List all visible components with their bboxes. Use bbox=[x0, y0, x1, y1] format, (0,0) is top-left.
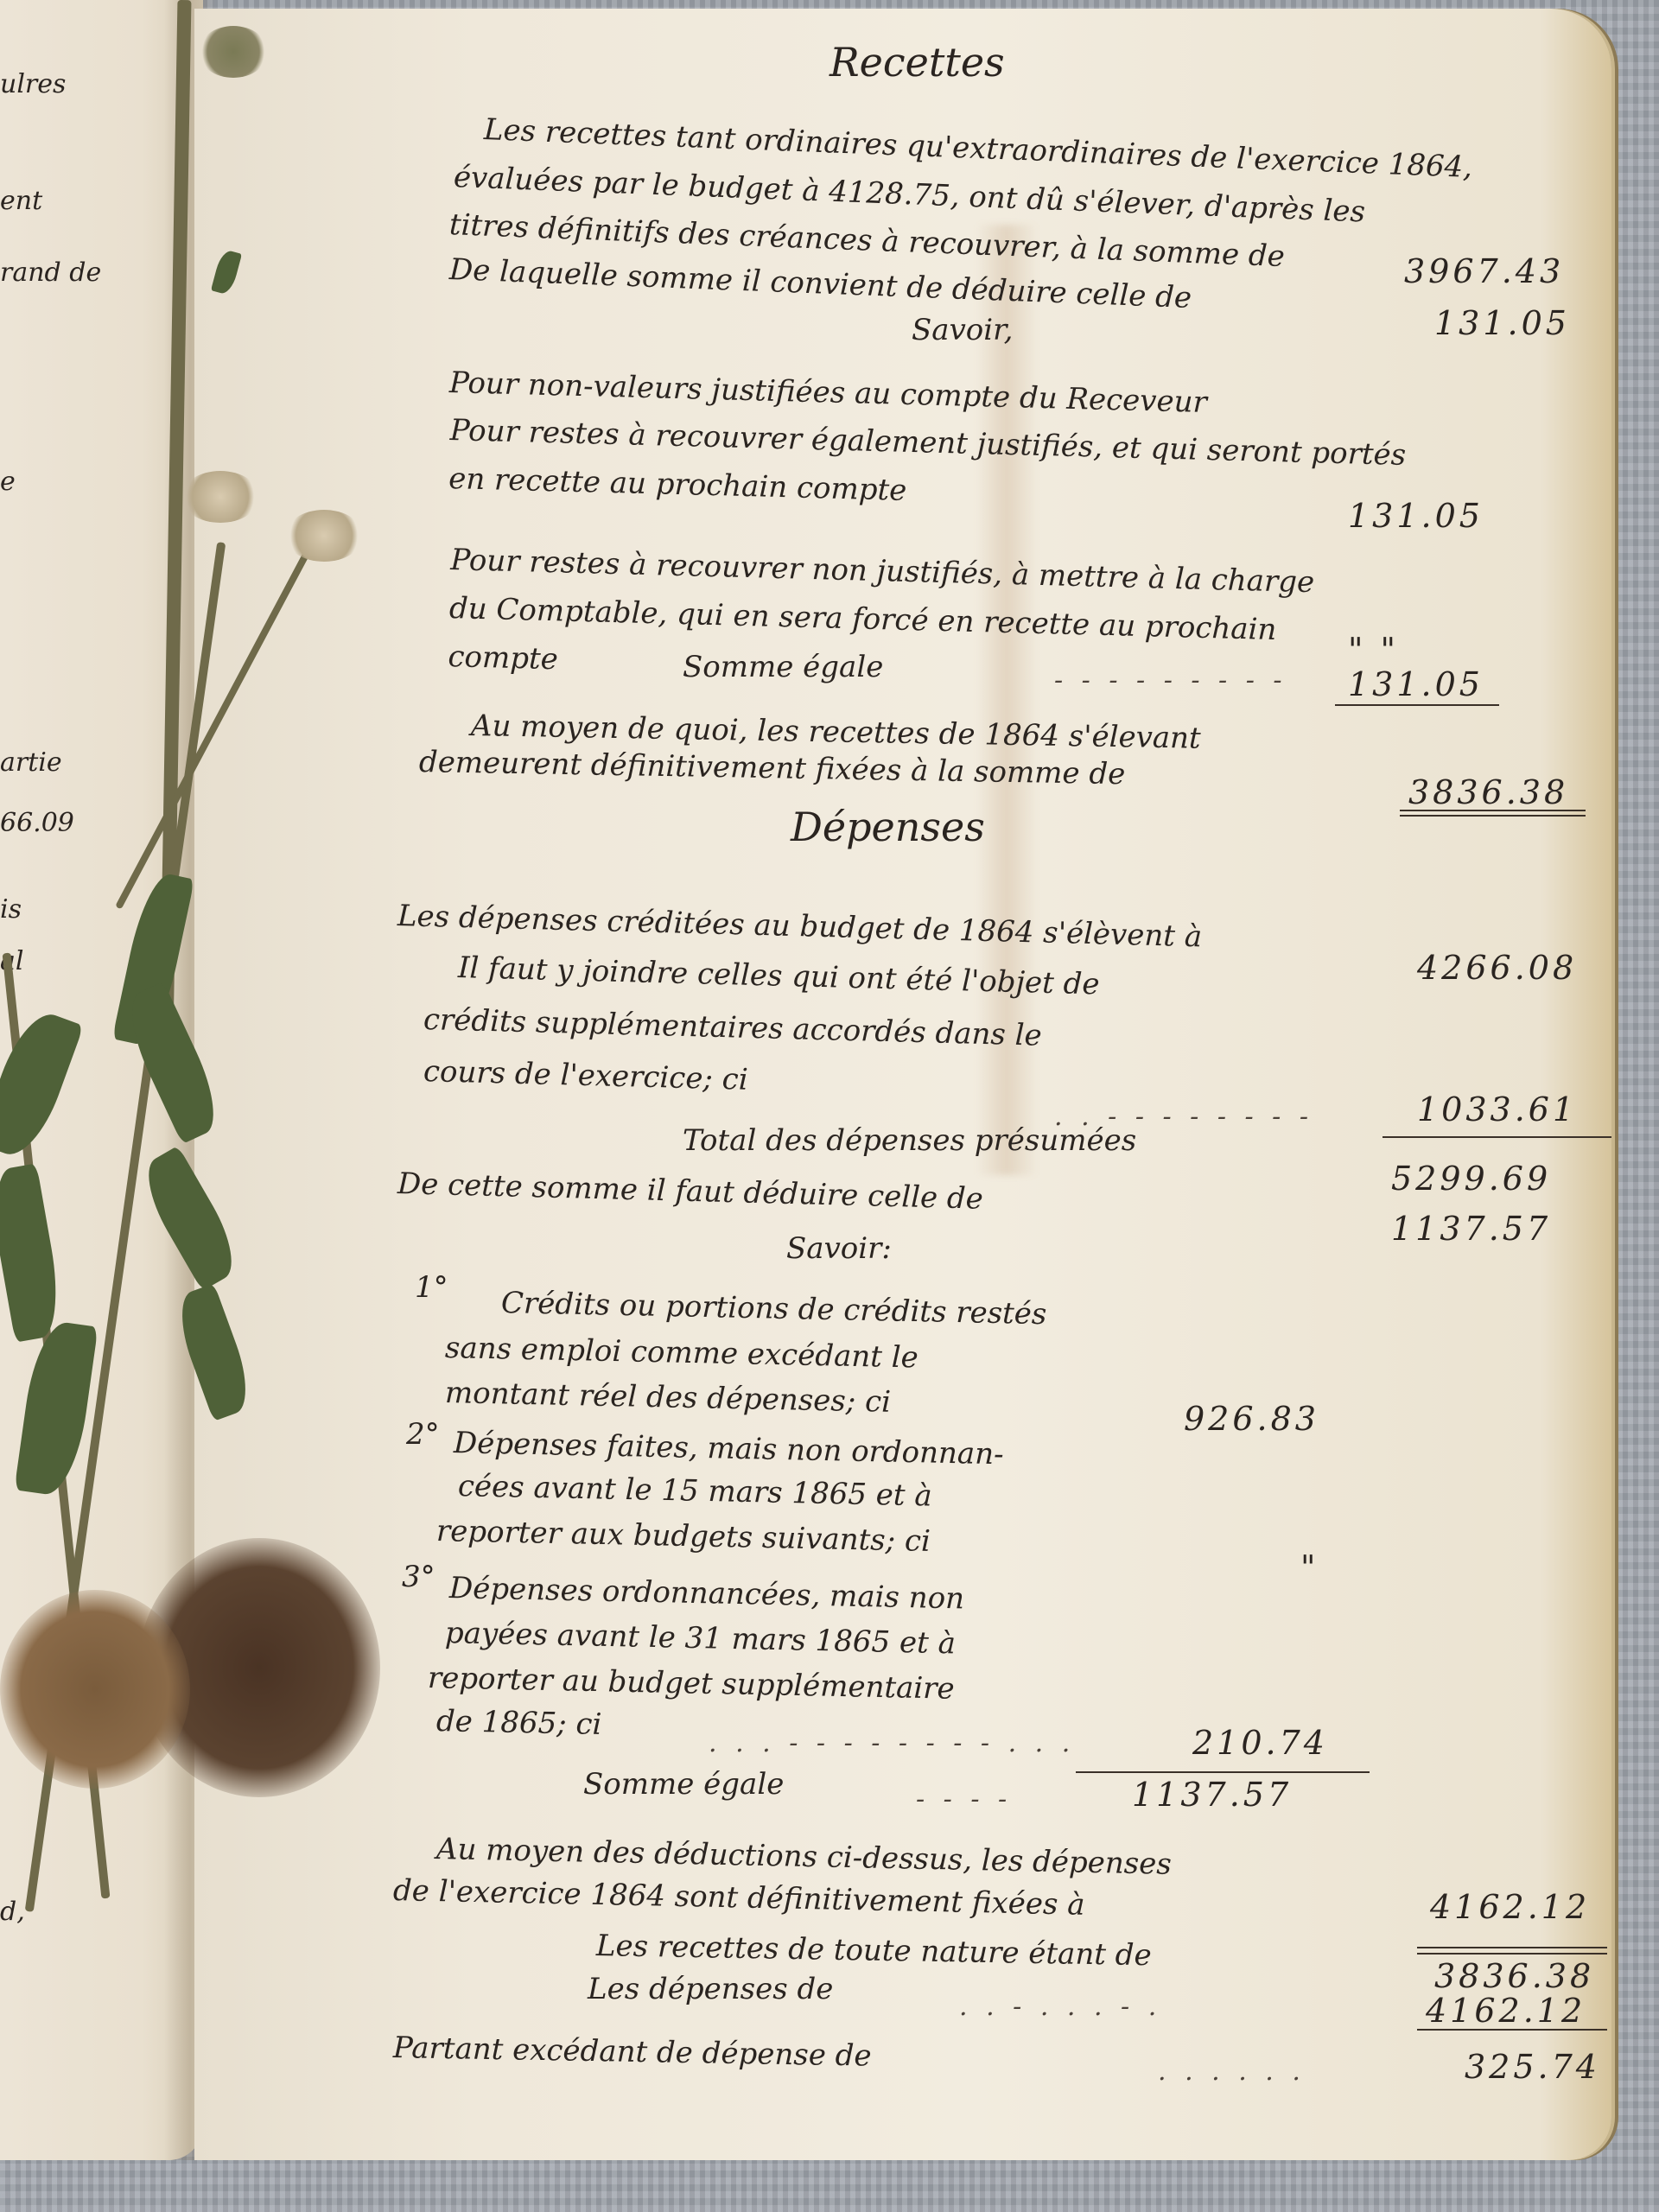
item-line: de 1865; ci bbox=[436, 1704, 602, 1742]
savoir-item-3-amount: " " bbox=[1348, 631, 1399, 669]
left-fragment: ulres bbox=[0, 69, 66, 99]
leader-dots: - - - - - - - - - bbox=[1054, 665, 1287, 696]
dried-flower bbox=[199, 26, 268, 78]
underline bbox=[1335, 704, 1499, 706]
underline bbox=[1076, 1771, 1370, 1773]
left-fragment: 66.09 bbox=[0, 808, 74, 838]
left-fragment: is bbox=[0, 894, 22, 925]
balance-depenses-label: Les dépenses de bbox=[588, 1972, 833, 2006]
amount-due: 3967.43 bbox=[1404, 252, 1564, 290]
somme-egale-label: Somme égale bbox=[583, 1767, 784, 1802]
supplementary-credits-amount: 1033.61 bbox=[1417, 1090, 1577, 1128]
leader-dots: . . . - - - - - - - - . . . bbox=[709, 1728, 1075, 1758]
leader-dots: - - - - bbox=[916, 1784, 1012, 1815]
excedent-amount: 325.74 bbox=[1465, 2048, 1600, 2086]
savoir-label: Savoir: bbox=[786, 1231, 892, 1266]
recettes-title: Recettes bbox=[829, 39, 1005, 86]
right-page bbox=[194, 9, 1611, 2160]
total-label: Total des dépenses présumées bbox=[683, 1123, 1136, 1158]
savoir-item-2-amount: 131.05 bbox=[1348, 497, 1484, 535]
total-amount: 5299.69 bbox=[1391, 1160, 1551, 1198]
double-underline bbox=[1417, 1953, 1607, 1955]
item-3-amount: 210.74 bbox=[1192, 1724, 1328, 1762]
savoir-label: Savoir, bbox=[912, 313, 1013, 347]
depenses-credited-amount: 4266.08 bbox=[1417, 949, 1577, 987]
leader-dots: . . . . . . bbox=[1158, 2056, 1306, 2087]
left-fragment: rand de bbox=[0, 257, 101, 288]
deduct-amount: 1137.57 bbox=[1391, 1210, 1551, 1248]
depenses-title: Dépenses bbox=[791, 804, 985, 850]
left-fragment: ent bbox=[0, 186, 42, 216]
dried-flower bbox=[181, 471, 259, 523]
item-1-amount: 926.83 bbox=[1184, 1400, 1319, 1438]
double-underline bbox=[1400, 810, 1586, 811]
underline bbox=[1417, 2029, 1607, 2031]
somme-egale-amount: 131.05 bbox=[1348, 665, 1484, 703]
depenses-somme-egale-amount: 1137.57 bbox=[1132, 1776, 1292, 1814]
dried-flower bbox=[285, 510, 363, 562]
plant-roots bbox=[0, 1590, 190, 1789]
balance-recettes-amount: 3836.38 bbox=[1434, 1957, 1594, 1995]
recettes-final-amount: 3836.38 bbox=[1408, 773, 1568, 811]
item-2-amount: " bbox=[1300, 1548, 1319, 1586]
left-fragment: e bbox=[0, 467, 16, 497]
depenses-final-amount: 4162.12 bbox=[1430, 1888, 1590, 1926]
item-number: 3° bbox=[402, 1560, 435, 1594]
leader-dots: . . - . . . - . bbox=[959, 1992, 1161, 2022]
underline bbox=[1382, 1136, 1611, 1138]
left-fragment: artie bbox=[0, 747, 62, 778]
deduction-amount: 131.05 bbox=[1434, 304, 1570, 342]
balance-depenses-amount: 4162.12 bbox=[1426, 1992, 1586, 2030]
item-number: 2° bbox=[406, 1417, 440, 1452]
left-fragment: d, bbox=[0, 1897, 25, 1927]
somme-egale-label: Somme égale bbox=[683, 650, 883, 684]
double-underline bbox=[1417, 1947, 1607, 1948]
item-number: 1° bbox=[415, 1270, 448, 1305]
double-underline bbox=[1400, 815, 1586, 817]
